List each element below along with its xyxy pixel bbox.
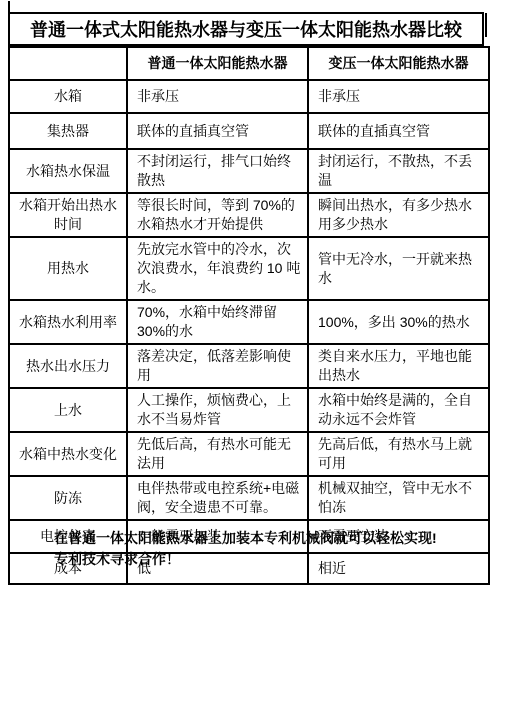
footer-note: 在普通一体太阳能热水器上加装本专利机械阀就可以轻松实现! 专利技术寻求合作！: [54, 528, 437, 570]
table-row: 用热水 先放完水管中的冷水，次次浪费水，年浪费约 10 吨水。 管中无冷水，一开…: [9, 237, 489, 300]
cell-transformed: 先高后低，有热水马上就可用: [308, 432, 489, 476]
row-label: 水箱热水利用率: [9, 300, 127, 344]
cell-transformed: 机械双抽空，管中无水不怕冻: [308, 476, 489, 520]
cell-ordinary: 电伴热带或电控系统+电磁阀，安全遗患不可靠。: [127, 476, 308, 520]
header-ordinary: 普通一体太阳能热水器: [127, 47, 308, 80]
cell-transformed: 非承压: [308, 80, 489, 113]
table-row: 水箱 非承压 非承压: [9, 80, 489, 113]
page-title-text: 普通一体式太阳能热水器与变压一体太阳能热水器比较: [30, 16, 462, 42]
comparison-table: 普通一体太阳能热水器 变压一体太阳能热水器 水箱 非承压 非承压 集热器 联体的…: [8, 46, 490, 585]
table-row: 集热器 联体的直插真空管 联体的直插真空管: [9, 113, 489, 149]
page-title: 普通一体式太阳能热水器与变压一体太阳能热水器比较: [8, 12, 484, 46]
row-label: 水箱开始出热水时间: [9, 193, 127, 237]
row-label: 水箱热水保温: [9, 149, 127, 193]
table-row: 上水 人工操作，烦恼费心，上水不当易炸管 水箱中始终是满的，全自动永远不会炸管: [9, 388, 489, 432]
table-row: 水箱中热水变化 先低后高，有热水可能无法用 先高后低，有热水马上就可用: [9, 432, 489, 476]
cell-ordinary: 先低后高，有热水可能无法用: [127, 432, 308, 476]
row-label: 用热水: [9, 237, 127, 300]
header-row: 普通一体太阳能热水器 变压一体太阳能热水器: [9, 47, 489, 80]
table-row: 水箱热水保温 不封闭运行，排气口始终散热 封闭运行，不散热，不丢温: [9, 149, 489, 193]
cell-transformed: 封闭运行，不散热，不丢温: [308, 149, 489, 193]
cell-transformed: 水箱中始终是满的，全自动永远不会炸管: [308, 388, 489, 432]
cell-ordinary: 落差决定，低落差影响使用: [127, 344, 308, 388]
cell-transformed: 联体的直插真空管: [308, 113, 489, 149]
table-row: 防冻 电伴热带或电控系统+电磁阀，安全遗患不可靠。 机械双抽空，管中无水不怕冻: [9, 476, 489, 520]
header-feature: [9, 47, 127, 80]
cell-transformed: 瞬间出热水，有多少热水用多少热水: [308, 193, 489, 237]
scan-artifact-title-right: [485, 13, 487, 37]
cell-ordinary: 非承压: [127, 80, 308, 113]
cell-ordinary: 不封闭运行，排气口始终散热: [127, 149, 308, 193]
row-label: 热水出水压力: [9, 344, 127, 388]
cell-ordinary: 人工操作，烦恼费心，上水不当易炸管: [127, 388, 308, 432]
cell-ordinary: 联体的直插真空管: [127, 113, 308, 149]
footer-line1: 在普通一体太阳能热水器上加装本专利机械阀就可以轻松实现!: [54, 528, 437, 549]
table-row: 水箱开始出热水时间 等很长时间，等到 70%的水箱热水才开始提供 瞬间出热水，有…: [9, 193, 489, 237]
footer-line2: 专利技术寻求合作！: [54, 549, 437, 570]
cell-transformed: 管中无冷水，一开就来热水: [308, 237, 489, 300]
cell-ordinary: 等很长时间，等到 70%的水箱热水才开始提供: [127, 193, 308, 237]
table-row: 热水出水压力 落差决定，低落差影响使用 类自来水压力，平地也能出热水: [9, 344, 489, 388]
cell-transformed: 100%，多出 30%的热水: [308, 300, 489, 344]
row-label: 防冻: [9, 476, 127, 520]
table-row: 水箱热水利用率 70%，水箱中始终滞留 30%的水 100%，多出 30%的热水: [9, 300, 489, 344]
row-label: 集热器: [9, 113, 127, 149]
cell-ordinary: 先放完水管中的冷水，次次浪费水，年浪费约 10 吨水。: [127, 237, 308, 300]
row-label: 上水: [9, 388, 127, 432]
cell-ordinary: 70%，水箱中始终滞留 30%的水: [127, 300, 308, 344]
row-label: 水箱中热水变化: [9, 432, 127, 476]
cell-transformed: 类自来水压力，平地也能出热水: [308, 344, 489, 388]
row-label: 水箱: [9, 80, 127, 113]
header-transformed: 变压一体太阳能热水器: [308, 47, 489, 80]
page: 普通一体式太阳能热水器与变压一体太阳能热水器比较 普通一体太阳能热水器 变压一体…: [0, 0, 512, 728]
